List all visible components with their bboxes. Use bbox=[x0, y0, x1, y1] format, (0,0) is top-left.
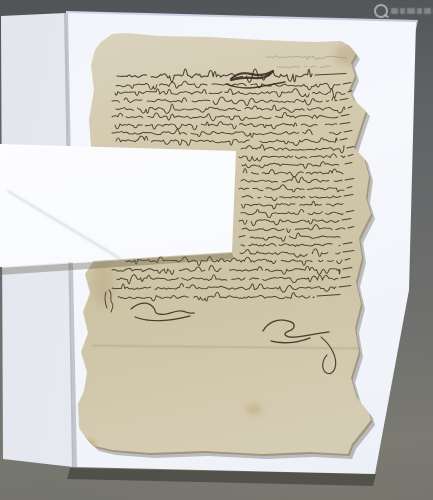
watermark-glyph bbox=[424, 8, 431, 14]
watermark-text bbox=[391, 8, 433, 14]
watermark-glyph bbox=[407, 8, 415, 14]
photo-scene bbox=[0, 0, 433, 500]
watermark-glyph bbox=[417, 8, 422, 14]
paper-stain bbox=[246, 404, 262, 415]
paper-fold-crease bbox=[92, 345, 360, 349]
watermark-glyph bbox=[391, 8, 398, 14]
magnifier-icon bbox=[374, 4, 388, 18]
watermark bbox=[374, 4, 433, 18]
watermark-glyph bbox=[400, 8, 405, 14]
paper-stain bbox=[92, 262, 114, 306]
